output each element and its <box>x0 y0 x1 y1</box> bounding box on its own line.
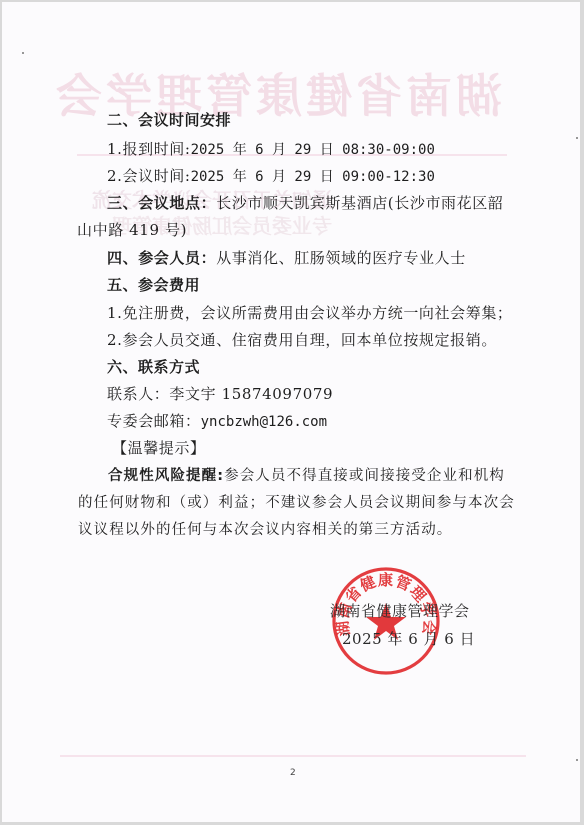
tips-line-2: 的任何财物和（或）利益；不建议参会人员会议期间参与本次会 <box>78 491 515 512</box>
official-seal-icon: 湖南省健康管理学会 <box>330 565 442 677</box>
fees-heading: 五、参会费用 <box>107 274 200 295</box>
tips-line-1: 合规性风险提醒:参会人员不得直接或间接接受企业和机构 <box>108 464 505 485</box>
venue-text-continued: 山中路 419 号) <box>77 219 187 240</box>
venue-heading: 三、会议地点： <box>107 194 216 212</box>
page-number: 2 <box>290 768 296 778</box>
attendees-heading: 四、参会人员： <box>107 249 216 267</box>
bleed-through-rule-bottom <box>60 755 526 757</box>
schedule-item-value: 2025 年 6 月 29 日 09:00-12:30 <box>191 169 435 185</box>
contact-email-value: yncbzwh@126.com <box>201 414 327 430</box>
contact-person-value: 李文宇 15874097079 <box>169 385 333 403</box>
contact-email-label: 专委会邮箱： <box>107 412 201 430</box>
contact-person: 联系人：李文宇 15874097079 <box>107 383 333 404</box>
scan-speck <box>576 759 578 761</box>
scan-speck <box>576 137 578 139</box>
fees-item: 2.参会人员交通、住宿费用自理，回本单位按规定报销。 <box>107 329 497 350</box>
attendees-text: 从事消化、肛肠领域的医疗专业人士 <box>216 249 466 267</box>
contact-email: 专委会邮箱：yncbzwh@126.com <box>107 410 327 431</box>
schedule-item-checkin: 1.报到时间:2025 年 6 月 29 日 08:30-09:00 <box>107 138 435 159</box>
contact-person-label: 联系人： <box>107 385 169 403</box>
schedule-heading: 二、会议时间安排 <box>107 109 231 130</box>
schedule-item-label: 1.报到时间: <box>107 140 191 158</box>
schedule-item-label: 2.会议时间: <box>107 167 191 185</box>
scan-speck <box>22 52 24 54</box>
tips-lead: 合规性风险提醒: <box>108 468 224 484</box>
fees-item: 1.免注册费，会议所需费用由会议举办方统一向社会筹集； <box>107 302 513 323</box>
contact-heading: 六、联系方式 <box>107 356 200 377</box>
signature-date: 2025 年 6 月 6 日 <box>342 628 475 649</box>
schedule-item-meeting: 2.会议时间:2025 年 6 月 29 日 09:00-12:30 <box>107 165 435 186</box>
tips-line-3: 议议程以外的任何与本次会议内容相关的第三方活动。 <box>78 518 452 539</box>
schedule-item-value: 2025 年 6 月 29 日 08:30-09:00 <box>191 142 435 158</box>
tips-heading: 【温馨提示】 <box>112 437 206 458</box>
venue-text: 长沙市顺天凯宾斯基酒店(长沙市雨花区韶 <box>216 194 503 212</box>
attendees-line: 四、参会人员：从事消化、肛肠领域的医疗专业人士 <box>107 247 466 268</box>
document-page: 湖南省健康管理学会 通知关于召开会议学术交流 专业委员会肛肠健康管理 二、会议时… <box>2 2 580 822</box>
tips-text: 参会人员不得直接或间接接受企业和机构 <box>224 468 505 484</box>
venue-line: 三、会议地点：长沙市顺天凯宾斯基酒店(长沙市雨花区韶 <box>107 192 503 213</box>
signature-organization: 湖南省健康管理学会 <box>330 600 470 621</box>
